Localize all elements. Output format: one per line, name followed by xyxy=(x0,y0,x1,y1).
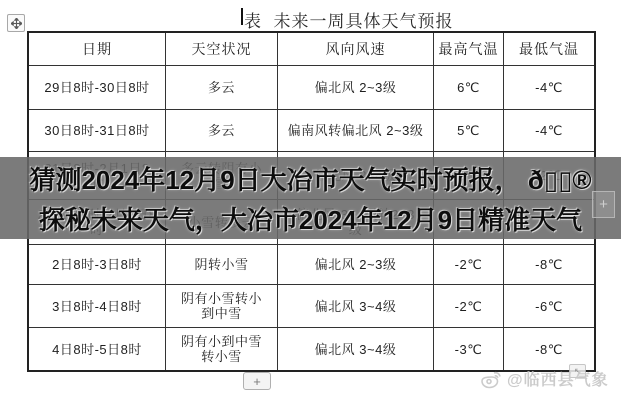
document-page: 表 未来一周具体天气预报 日期 天空状况 风向风速 最高气温 最低气温 29日8… xyxy=(0,0,621,400)
column-header-sky: 天空状况 xyxy=(166,33,278,66)
cell-min-temp: -6℃ xyxy=(504,285,594,328)
cell-max-temp: 6℃ xyxy=(434,66,504,110)
cell-sky: 阴转小雪 xyxy=(166,245,278,285)
cell-date: 30日8时-31日8时 xyxy=(29,110,166,152)
column-header-min-temp: 最低气温 xyxy=(504,33,594,66)
table-caption: 表 未来一周具体天气预报 xyxy=(244,7,453,32)
cell-sky: 多云 xyxy=(166,66,278,110)
table-move-handle[interactable] xyxy=(7,14,25,32)
cell-wind: 偏南风转偏北风 2~3级 xyxy=(278,110,434,152)
cell-date: 2日8时-3日8时 xyxy=(29,245,166,285)
weibo-logo-icon xyxy=(479,368,503,390)
banner-text-line1: 猜测2024年12月9日大冶市天气实时预报， ð▯▯® xyxy=(0,160,621,200)
column-header-date: 日期 xyxy=(29,33,166,66)
cell-sky: 多云 xyxy=(166,110,278,152)
watermark: @临西县气象 xyxy=(479,367,609,390)
cell-min-temp: -4℃ xyxy=(504,110,594,152)
text-cursor xyxy=(241,8,243,25)
column-header-max-temp: 最高气温 xyxy=(434,33,504,66)
cell-wind: 偏北风 2~3级 xyxy=(278,66,434,110)
cell-date: 3日8时-4日8时 xyxy=(29,285,166,328)
cell-date: 4日8时-5日8时 xyxy=(29,328,166,370)
cell-max-temp: -2℃ xyxy=(434,245,504,285)
insert-column-button[interactable]: + xyxy=(592,191,615,218)
banner-text-line2: 探秘未来天气，大冶市2024年12月9日精准天气 xyxy=(0,200,621,240)
cell-sky: 阴有小到中雪 转小雪 xyxy=(166,328,278,370)
cell-wind: 偏北风 3~4级 xyxy=(278,328,434,370)
cell-max-temp: 5℃ xyxy=(434,110,504,152)
move-icon xyxy=(11,18,22,29)
column-header-wind: 风向风速 xyxy=(278,33,434,66)
watermark-text: @临西县气象 xyxy=(507,367,609,390)
cell-wind: 偏北风 3~4级 xyxy=(278,285,434,328)
cell-date: 29日8时-30日8时 xyxy=(29,66,166,110)
cell-min-temp: -8℃ xyxy=(504,245,594,285)
insert-row-button[interactable]: + xyxy=(243,372,271,390)
cell-min-temp: -4℃ xyxy=(504,66,594,110)
cell-max-temp: -3℃ xyxy=(434,328,504,370)
cell-max-temp: -2℃ xyxy=(434,285,504,328)
cell-sky: 阴有小雪转小 到中雪 xyxy=(166,285,278,328)
cell-wind: 偏北风 2~3级 xyxy=(278,245,434,285)
